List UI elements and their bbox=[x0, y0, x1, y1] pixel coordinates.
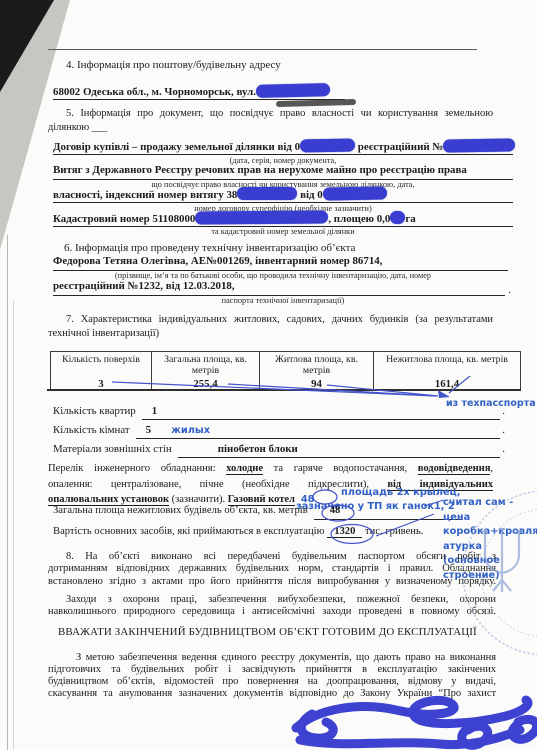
rooms-line: Кількість кімнат 5жилых . bbox=[53, 424, 505, 439]
top-divider bbox=[48, 49, 477, 50]
nonres-underline: 48 bbox=[314, 505, 462, 520]
rooms-blue-note: жилых bbox=[171, 425, 210, 436]
redaction-marker bbox=[390, 211, 405, 224]
redaction-marker bbox=[256, 83, 330, 98]
walls-underline: пінобетон блоки bbox=[178, 443, 501, 458]
column-header: Кількість поверхів bbox=[51, 352, 151, 377]
equipment-line1: Перелік інженерного обладнання: холодне … bbox=[48, 461, 493, 477]
column-header: Нежитлова площа, кв. метрів bbox=[374, 352, 520, 377]
apartments-line: Кількість квартир 1 . bbox=[53, 405, 505, 420]
section7-heading: 7. Характеристика індивідуальних житлови… bbox=[48, 313, 493, 340]
inventory-line1: Федорова Тетяна Олегівна, АЕ№001269, інв… bbox=[53, 255, 508, 271]
table-column: Житлова площа, кв. метрів 94 bbox=[260, 352, 374, 390]
redaction-marker bbox=[195, 210, 328, 224]
cost-value: 1320 bbox=[327, 526, 362, 538]
cadastre-line: Кадастровий номер 51108000, площею 0,0га bbox=[53, 211, 513, 227]
ownership-line: власності, індексний номер витягу 38 від… bbox=[53, 187, 513, 203]
signature-scribble bbox=[296, 700, 537, 745]
safety-paragraph: Заходи з охорони праці, забезпечення виб… bbox=[48, 594, 496, 619]
cadastre-caption: та кадастровий номер земельної ділянки bbox=[53, 227, 513, 236]
section4-heading: 4. Інформація про поштову/будівельну адр… bbox=[66, 59, 281, 71]
apartments-underline: 1 bbox=[142, 405, 501, 420]
scan-edge-line bbox=[13, 300, 14, 750]
section6-heading: 6. Інформація про проведену технічну інв… bbox=[64, 242, 355, 254]
table-column: Кількість поверхів 3 bbox=[51, 352, 152, 390]
column-header: Загальна площа, кв. метрів bbox=[152, 352, 259, 377]
inventory-caption1: (прізвище, ім’я та по батькові особи, що… bbox=[53, 271, 493, 280]
nonresidential-area-line: Загальна площа нежитлових будівель об’єк… bbox=[53, 505, 462, 520]
redaction-marker bbox=[237, 187, 297, 200]
inventory-line2: реєстраційний №1232, від 12.03.2018, . bbox=[53, 280, 505, 296]
scanned-document-page: 4. Інформація про поштову/будівельну адр… bbox=[0, 0, 537, 750]
address-line: 68002 Одеська обл., м. Чорноморськ, вул. bbox=[53, 84, 345, 100]
rooms-underline: 5жилых bbox=[136, 424, 501, 439]
cost-line: Вартість основних засобів, які приймають… bbox=[53, 526, 423, 537]
marker-smudge bbox=[276, 99, 356, 107]
address-text: 68002 Одеська обл., м. Чорноморськ, вул. bbox=[53, 86, 256, 98]
scan-edge-line bbox=[7, 235, 8, 750]
redaction-marker bbox=[323, 186, 387, 200]
extract-line: Витяг з Державного Реєстру речових прав … bbox=[53, 164, 513, 180]
section5-heading: 5. Інформація про документ, що посвідчує… bbox=[48, 107, 493, 134]
conclusion-statement: ВВАЖАТИ ЗАКІНЧЕНИЙ БУДІВНИЦТВОМ ОБ’ЄКТ Г… bbox=[58, 626, 477, 638]
redaction-marker bbox=[300, 139, 355, 153]
walls-line: Матеріали зовнішніх стін пінобетон блоки… bbox=[53, 443, 505, 458]
table-column: Загальна площа, кв. метрів 255,4 bbox=[152, 352, 260, 390]
table-column: Нежитлова площа, кв. метрів 161,4 bbox=[374, 352, 521, 390]
inventory-caption2: паспорта технічної інвентаризації) bbox=[53, 296, 513, 305]
contract-line: Договір купівлі – продажу земельної діля… bbox=[53, 139, 513, 155]
final-paragraph: З метою забезпечення ведення єдиного реє… bbox=[48, 652, 496, 700]
redaction-marker bbox=[443, 138, 515, 152]
arrowhead bbox=[438, 390, 450, 398]
table-bottom-rule bbox=[47, 389, 521, 391]
column-header: Житлова площа, кв. метрів bbox=[260, 352, 373, 377]
characteristics-table: Кількість поверхів 3 Загальна площа, кв.… bbox=[50, 351, 521, 390]
section8-paragraph: 8. На об’єкті виконано всі передбачені б… bbox=[48, 551, 496, 588]
